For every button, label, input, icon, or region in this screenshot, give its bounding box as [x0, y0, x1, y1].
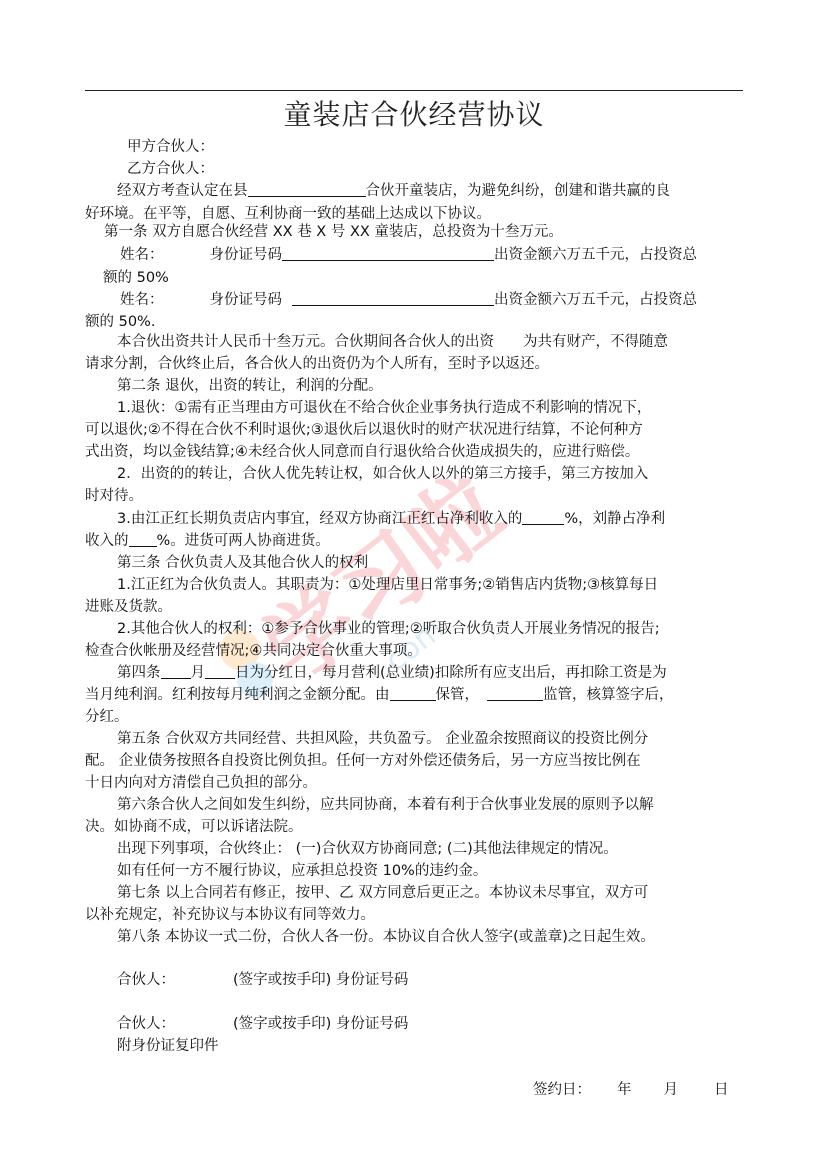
name-label: 姓名： [120, 292, 164, 308]
attachment-note: 附身份证复印件 [117, 1035, 777, 1057]
art4-text-2: 当月纯利润。红利按每月纯利润之金额分配。由 [85, 687, 390, 703]
art2-s1-line1: 1.退伙：①需有正当理由方可退伙在不给合伙企业事务执行造成不利影响的情况下， [117, 397, 777, 419]
keeper-blank[interactable] [390, 685, 436, 701]
art8-line1: 第八条 本协议一式二份，合伙人各一份。本协议自合伙人签字(或盖章)之日起生效。 [117, 926, 777, 948]
art4-text: 日为分红日，每月营利(总业绩)扣除所有应支出后，再扣除工资是为 [235, 665, 667, 681]
art2-s2-line1: 2．出资的的转让，合伙人优先转让权，如合伙人以外的第三方接手，第三方按加入 [117, 463, 777, 485]
total-line-2: 请求分割，合伙终止后，各合伙人的出资仍为个人所有，至时予以返还。 [85, 353, 745, 375]
share-blank-2[interactable] [129, 531, 157, 547]
article-2-heading: 第二条 退伙，出资的转让，利润的分配。 [117, 375, 777, 397]
year-field[interactable]: 年 [617, 1082, 632, 1098]
date-label: 签约日： [533, 1082, 591, 1098]
day-blank[interactable] [205, 663, 235, 679]
intro-text-2: 合伙开童装店，为避免纠纷，创建和谐共赢的良 [366, 183, 671, 199]
art4-line1: 第四条月日为分红日，每月营利(总业绩)扣除所有应支出后，再扣除工资是为 [117, 662, 777, 684]
termination-line: 出现下列事项，合伙终止： (一)合伙双方协商同意; (二)其他法律规定的情况。 [117, 838, 777, 860]
art7-line2: 以补充规定，补充协议与本协议有同等效力。 [85, 904, 745, 926]
art5-line3: 十日内向对方清偿自己负担的部分。 [85, 772, 745, 794]
partner-2-row: 姓名：身份证号码出资金额六万五千元，占投资总 [120, 289, 780, 311]
art5-line1: 第五条 合伙双方共同经营、共担风险，共负盈亏。 企业盈余按照商议的投资比例分 [117, 728, 777, 750]
partner-2-sign-field[interactable]: (签字或按手印) 身份证号码 [233, 1016, 408, 1032]
county-blank[interactable] [248, 181, 366, 197]
partner-1-row: 姓名：身份证号码出资金额六万五千元，占投资总 [120, 244, 780, 266]
art2-s3-line2: 收入的%。进货可两人协商进货。 [85, 530, 745, 552]
day-field[interactable]: 日 [714, 1082, 729, 1098]
partner-1-share: 额的 50% [103, 267, 763, 289]
party-a-line: 甲方合伙人： [127, 136, 787, 158]
month-blank[interactable] [161, 663, 191, 679]
share-blank-1[interactable] [522, 509, 564, 525]
intro-line-1: 经双方考查认定在县合伙开童装店，为避免纠纷，创建和谐共赢的良 [117, 180, 777, 202]
document-title: 童装店合伙经营协议 [85, 93, 743, 133]
art4-label: 第四条 [117, 665, 161, 681]
id-blank-2[interactable] [292, 290, 494, 306]
art4-line3: 分红。 [85, 706, 745, 728]
signature-partner-2: 合伙人：(签字或按手印) 身份证号码 [117, 1013, 777, 1035]
art3-s1-line2: 进账及货款。 [85, 596, 745, 618]
art3-s1-line1: 1.江正红为合伙负责人。其职责为：①处理店里日常事务;②销售店内货物;③核算每日 [117, 574, 777, 596]
partner-2-share: 额的 50%. [85, 311, 745, 333]
article-1-heading: 第一条 双方自愿合伙经营 XX 巷 X 号 XX 童装店，总投资为十叁万元。 [104, 221, 764, 243]
art6-line2: 决。如协商不成，可以诉诸法院。 [85, 816, 745, 838]
id-label: 身份证号码 [210, 247, 283, 263]
party-b-line: 乙方合伙人： [127, 158, 787, 180]
s3-text-3: 收入的 [85, 533, 129, 549]
art2-s2-line2: 时对待。 [85, 485, 745, 507]
art2-s1-line3: 式出资，均以金钱结算;④未经合伙人同意而自行退伙给合伙造成损失的，应进行赔偿。 [85, 441, 745, 463]
header-rule [85, 90, 743, 91]
s3-text-4: %。进货可两人协商进货。 [157, 533, 330, 549]
month-field[interactable]: 月 [664, 1082, 679, 1098]
art3-s2-line1: 2.其他合伙人的权利：①参予合伙事业的管理;②听取合伙负责人开展业务情况的报告; [117, 618, 777, 640]
keeper-label: 保管， [436, 687, 480, 703]
partner-label: 合伙人： [117, 1016, 175, 1032]
intro-text: 经双方考查认定在县 [117, 183, 248, 199]
s3-text: 3.由江正红长期负责店内事宜，经双方协商江正红占净利收入的 [117, 511, 522, 527]
total-line-1: 本合伙出资共计人民币十叁万元。合伙期间各合伙人的出资 为共有财产，不得随意 [117, 331, 777, 353]
article-3-heading: 第三条 合伙负责人及其他合伙人的权利 [117, 552, 777, 574]
supervisor-label: 监管，核算签字后， [543, 687, 674, 703]
art2-s3-line1: 3.由江正红长期负责店内事宜，经双方协商江正红占净利收入的%，刘静占净利 [117, 508, 777, 530]
partner-label: 合伙人： [117, 972, 175, 988]
id-label: 身份证号码 [210, 292, 283, 308]
name-label: 姓名： [120, 247, 164, 263]
amount-text: 出资金额六万五千元，占投资总 [494, 247, 697, 263]
partner-1-sign-field[interactable]: (签字或按手印) 身份证号码 [233, 972, 408, 988]
amount-text: 出资金额六万五千元，占投资总 [494, 292, 697, 308]
month-label: 月 [191, 665, 206, 681]
supervisor-blank[interactable] [487, 685, 543, 701]
signing-date: 签约日：年月日 [533, 1079, 753, 1101]
art3-s2-line2: 检查合伙帐册及经营情况;④共同决定合伙重大事项。 [85, 640, 745, 662]
penalty-line: 如有任何一方不履行协议，应承担总投资 10%的违约金。 [117, 860, 777, 882]
art4-line2: 当月纯利润。红利按每月纯利润之金额分配。由保管，监管，核算签字后， [85, 684, 745, 706]
art6-line1: 第六条合伙人之间如发生纠纷，应共同协商，本着有利于合伙事业发展的原则予以解 [117, 794, 777, 816]
art2-s1-line2: 可以退伙;②不得在合伙不利时退伙;③退伙后以退伙时的财产状况进行结算，不论何种方 [85, 419, 745, 441]
s3-text-2: %，刘静占净利 [564, 511, 665, 527]
id-blank-1[interactable] [282, 245, 494, 261]
art5-line2: 配。 企业债务按照各自投资比例负担。任何一方对外偿还债务后，另一方应当按比例在 [85, 750, 745, 772]
art7-line1: 第七条 以上合同若有修正，按甲、乙 双方同意后更正之。本协议未尽事宜，双方可 [117, 882, 777, 904]
signature-partner-1: 合伙人：(签字或按手印) 身份证号码 [117, 969, 777, 991]
